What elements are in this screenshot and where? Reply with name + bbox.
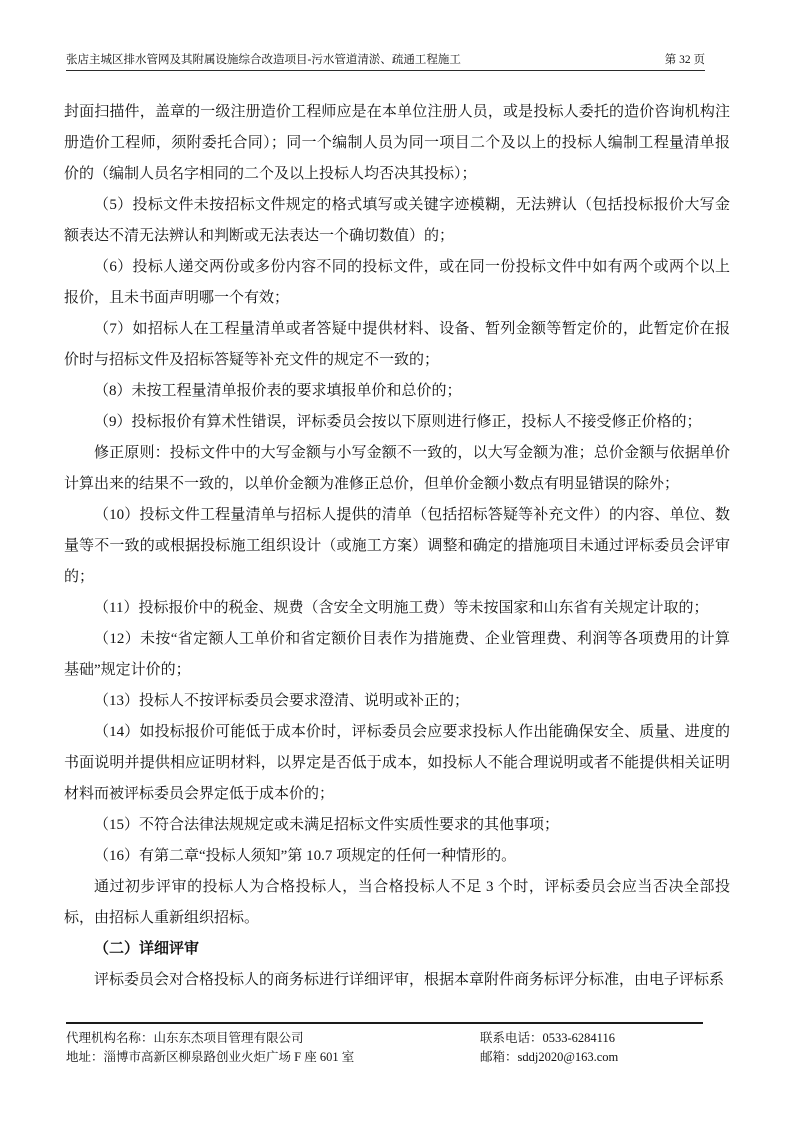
page-footer: 代理机构名称：山东东杰项目管理有限公司 地址：淄博市高新区柳泉路创业火炬广场 F… [66, 1022, 703, 1066]
body-paragraph-item-13: （13）投标人不按评标委员会要求澄清、说明或补正的； [64, 686, 730, 717]
body-paragraph-item-14: （14）如投标报价可能低于成本价时，评标委员会应要求投标人作出能确保安全、质量、… [64, 717, 730, 810]
document-body: 封面扫描件，盖章的一级注册造价工程师应是在本单位注册人员，或是投标人委托的造价咨… [64, 97, 730, 996]
footer-agency-name: 代理机构名称：山东东杰项目管理有限公司 [66, 1029, 480, 1048]
footer-right-column: 联系电话：0533-6284116 邮箱：sddj2020@163.com [480, 1029, 703, 1066]
body-paragraph-detailed-review-intro: 评标委员会对合格投标人的商务标进行详细评审，根据本章附件商务标评分标准，由电子评… [64, 965, 730, 996]
body-paragraph-item-11: （11）投标报价中的税金、规费（含安全文明施工费）等未按国家和山东省有关规定计取… [64, 593, 730, 624]
footer-phone: 联系电话：0533-6284116 [480, 1029, 703, 1048]
body-paragraph-preliminary-review-result: 通过初步评审的投标人为合格投标人，当合格投标人不足 3 个时，评标委员会应当否决… [64, 872, 730, 934]
page-header: 张店主城区排水管网及其附属设施综合改造项目-污水管道清淤、疏通工程施工 第 32… [66, 51, 705, 71]
header-document-title: 张店主城区排水管网及其附属设施综合改造项目-污水管道清淤、疏通工程施工 [66, 51, 461, 67]
body-paragraph-item-16: （16）有第二章“投标人须知”第 10.7 项规定的任何一种情形的。 [64, 841, 730, 872]
body-paragraph-item-10: （10）投标文件工程量清单与招标人提供的清单（包括招标答疑等补充文件）的内容、单… [64, 500, 730, 593]
header-page-number: 第 32 页 [665, 51, 705, 67]
document-page: 张店主城区排水管网及其附属设施综合改造项目-污水管道清淤、疏通工程施工 第 32… [0, 0, 793, 1122]
body-paragraph-continuation: 封面扫描件，盖章的一级注册造价工程师应是在本单位注册人员，或是投标人委托的造价咨… [64, 97, 730, 190]
body-paragraph-item-5: （5）投标文件未按招标文件规定的格式填写或关键字迹模糊，无法辨认（包括投标报价大… [64, 190, 730, 252]
footer-left-column: 代理机构名称：山东东杰项目管理有限公司 地址：淄博市高新区柳泉路创业火炬广场 F… [66, 1029, 480, 1066]
body-paragraph-item-6: （6）投标人递交两份或多份内容不同的投标文件，或在同一份投标文件中如有两个或两个… [64, 252, 730, 314]
body-paragraph-item-12: （12）未按“省定额人工单价和省定额价目表作为措施费、企业管理费、利润等各项费用… [64, 624, 730, 686]
section-heading-detailed-review: （二）详细评审 [64, 934, 730, 965]
body-paragraph-correction-rule: 修正原则：投标文件中的大写金额与小写金额不一致的，以大写金额为准；总价金额与依据… [64, 438, 730, 500]
footer-address: 地址：淄博市高新区柳泉路创业火炬广场 F 座 601 室 [66, 1048, 480, 1067]
body-paragraph-item-7: （7）如招标人在工程量清单或者答疑中提供材料、设备、暂列金额等暂定价的，此暂定价… [64, 314, 730, 376]
footer-email: 邮箱：sddj2020@163.com [480, 1048, 703, 1067]
body-paragraph-item-8: （8）未按工程量清单报价表的要求填报单价和总价的； [64, 376, 730, 407]
body-paragraph-item-9: （9）投标报价有算术性错误，评标委员会按以下原则进行修正，投标人不接受修正价格的… [64, 407, 730, 438]
body-paragraph-item-15: （15）不符合法律法规规定或未满足招标文件实质性要求的其他事项； [64, 810, 730, 841]
